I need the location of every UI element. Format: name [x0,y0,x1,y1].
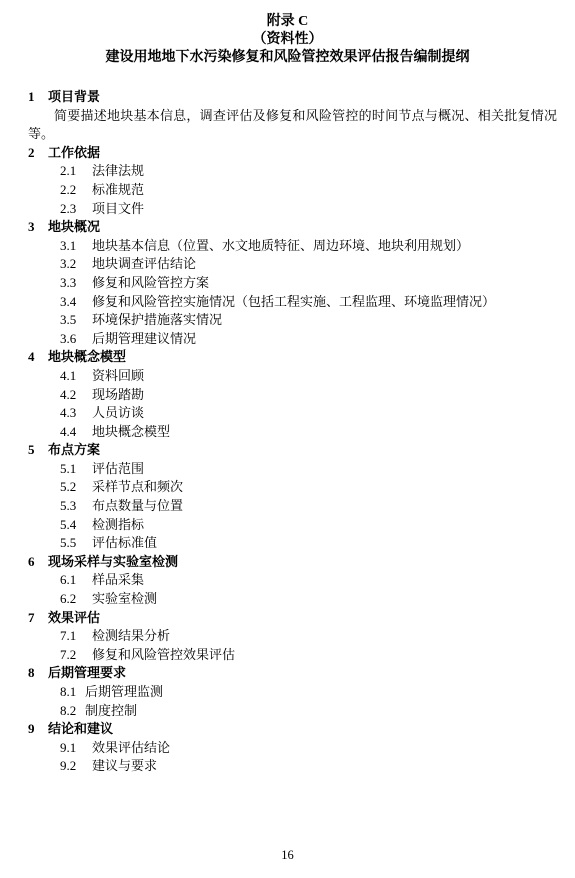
item-number: 7.2 [60,646,92,665]
item-label: 布点数量与位置 [92,497,183,516]
item-label: 制度控制 [85,702,137,721]
appendix-label: 附录 C [28,13,547,31]
item-label: 实验室检测 [92,590,157,609]
section-number: 1 [28,88,48,107]
report-outline: 1 项目背景 简要描述地块基本信息，调查评估及修复和风险管控的时间节点与概况、相… [28,88,547,776]
section-number: 3 [28,218,48,237]
outline-item: 5.1 评估范围 [60,460,547,479]
item-number: 3.1 [60,237,92,256]
item-label: 修复和风险管控效果评估 [92,646,235,665]
section-number: 5 [28,441,48,460]
outline-item: 2.1 法律法规 [60,162,547,181]
outline-item: 3.4 修复和风险管控实施情况（包括工程实施、工程监理、环境监理情况） [60,293,547,312]
outline-item: 9.1 效果评估结论 [60,739,547,758]
document-title: 建设用地地下水污染修复和风险管控效果评估报告编制提纲 [28,49,547,67]
section-heading-5: 5 布点方案 [28,441,547,460]
section-heading-1: 1 项目背景 [28,88,547,107]
item-number: 2.3 [60,200,92,219]
item-label: 法律法规 [92,162,144,181]
outline-item: 3.2 地块调查评估结论 [60,255,547,274]
item-number: 9.2 [60,757,92,776]
item-label: 环境保护措施落实情况 [92,311,222,330]
item-label: 检测指标 [92,516,144,535]
outline-item: 2.2 标准规范 [60,181,547,200]
section-heading-4: 4 地块概念模型 [28,348,547,367]
page-footer: 16 [0,848,575,863]
outline-item: 3.6 后期管理建议情况 [60,330,547,349]
item-label: 资料回顾 [92,367,144,386]
item-number: 3.2 [60,255,92,274]
outline-item: 8.2 制度控制 [60,702,547,721]
document-header: 附录 C （资料性） 建设用地地下水污染修复和风险管控效果评估报告编制提纲 [28,13,547,67]
outline-item: 7.1 检测结果分析 [60,627,547,646]
item-label: 人员访谈 [92,404,144,423]
outline-item: 3.3 修复和风险管控方案 [60,274,547,293]
section-heading-2: 2 工作依据 [28,144,547,163]
outline-item: 2.3 项目文件 [60,200,547,219]
section-title: 布点方案 [48,441,100,460]
section-heading-9: 9 结论和建议 [28,720,547,739]
item-label: 地块基本信息（位置、水文地质特征、周边环境、地块利用规划） [92,237,469,256]
section-1-paragraph: 简要描述地块基本信息，调查评估及修复和风险管控的时间节点与概况、相关批复情况等。 [28,107,557,144]
section-number: 8 [28,664,48,683]
item-label: 评估范围 [92,460,144,479]
item-number: 5.5 [60,534,92,553]
outline-item: 3.1 地块基本信息（位置、水文地质特征、周边环境、地块利用规划） [60,237,547,256]
outline-item: 5.4 检测指标 [60,516,547,535]
item-number: 5.1 [60,460,92,479]
outline-item: 9.2 建议与要求 [60,757,547,776]
item-number: 2.1 [60,162,92,181]
page-number: 16 [281,848,294,862]
item-label: 样品采集 [92,571,144,590]
outline-item: 6.1 样品采集 [60,571,547,590]
item-number: 3.6 [60,330,92,349]
item-label: 项目文件 [92,200,144,219]
outline-item: 4.4 地块概念模型 [60,423,547,442]
outline-item: 4.3 人员访谈 [60,404,547,423]
outline-item: 3.5 环境保护措施落实情况 [60,311,547,330]
item-label: 修复和风险管控方案 [92,274,209,293]
outline-item: 6.2 实验室检测 [60,590,547,609]
item-label: 建议与要求 [92,757,157,776]
item-number: 9.1 [60,739,92,758]
item-label: 采样节点和频次 [92,478,183,497]
item-label: 修复和风险管控实施情况（包括工程实施、工程监理、环境监理情况） [92,293,495,312]
item-number: 6.1 [60,571,92,590]
item-label: 检测结果分析 [92,627,170,646]
item-number: 5.3 [60,497,92,516]
section-title: 结论和建议 [48,720,113,739]
item-number: 5.2 [60,478,92,497]
outline-item: 5.2 采样节点和频次 [60,478,547,497]
item-number: 3.3 [60,274,92,293]
section-heading-3: 3 地块概况 [28,218,547,237]
outline-item: 4.2 现场踏勘 [60,386,547,405]
item-label: 评估标准值 [92,534,157,553]
section-heading-7: 7 效果评估 [28,609,547,628]
section-title: 地块概况 [48,218,100,237]
item-number: 5.4 [60,516,92,535]
item-label: 地块调查评估结论 [92,255,196,274]
item-number: 8.1 [60,683,85,702]
item-label: 现场踏勘 [92,386,144,405]
section-number: 4 [28,348,48,367]
item-number: 7.1 [60,627,92,646]
item-number: 4.4 [60,423,92,442]
item-number: 3.4 [60,293,92,312]
section-title: 项目背景 [48,88,100,107]
outline-item: 5.3 布点数量与位置 [60,497,547,516]
outline-item: 7.2 修复和风险管控效果评估 [60,646,547,665]
section-heading-8: 8 后期管理要求 [28,664,547,683]
item-label: 地块概念模型 [92,423,170,442]
item-number: 6.2 [60,590,92,609]
outline-item: 5.5 评估标准值 [60,534,547,553]
appendix-classification: （资料性） [28,31,547,49]
section-title: 后期管理要求 [48,664,126,683]
item-number: 8.2 [60,702,85,721]
item-label: 效果评估结论 [92,739,170,758]
item-label: 标准规范 [92,181,144,200]
item-number: 4.2 [60,386,92,405]
section-number: 7 [28,609,48,628]
section-number: 6 [28,553,48,572]
item-number: 2.2 [60,181,92,200]
section-heading-6: 6 现场采样与实验室检测 [28,553,547,572]
section-title: 现场采样与实验室检测 [48,553,178,572]
item-number: 3.5 [60,311,92,330]
outline-item: 8.1 后期管理监测 [60,683,547,702]
item-number: 4.3 [60,404,92,423]
section-title: 工作依据 [48,144,100,163]
section-title: 效果评估 [48,609,100,628]
item-label: 后期管理建议情况 [92,330,196,349]
section-number: 9 [28,720,48,739]
outline-item: 4.1 资料回顾 [60,367,547,386]
document-page: 附录 C （资料性） 建设用地地下水污染修复和风险管控效果评估报告编制提纲 1 … [0,0,575,878]
item-number: 4.1 [60,367,92,386]
section-title: 地块概念模型 [48,348,126,367]
item-label: 后期管理监测 [85,683,163,702]
section-number: 2 [28,144,48,163]
